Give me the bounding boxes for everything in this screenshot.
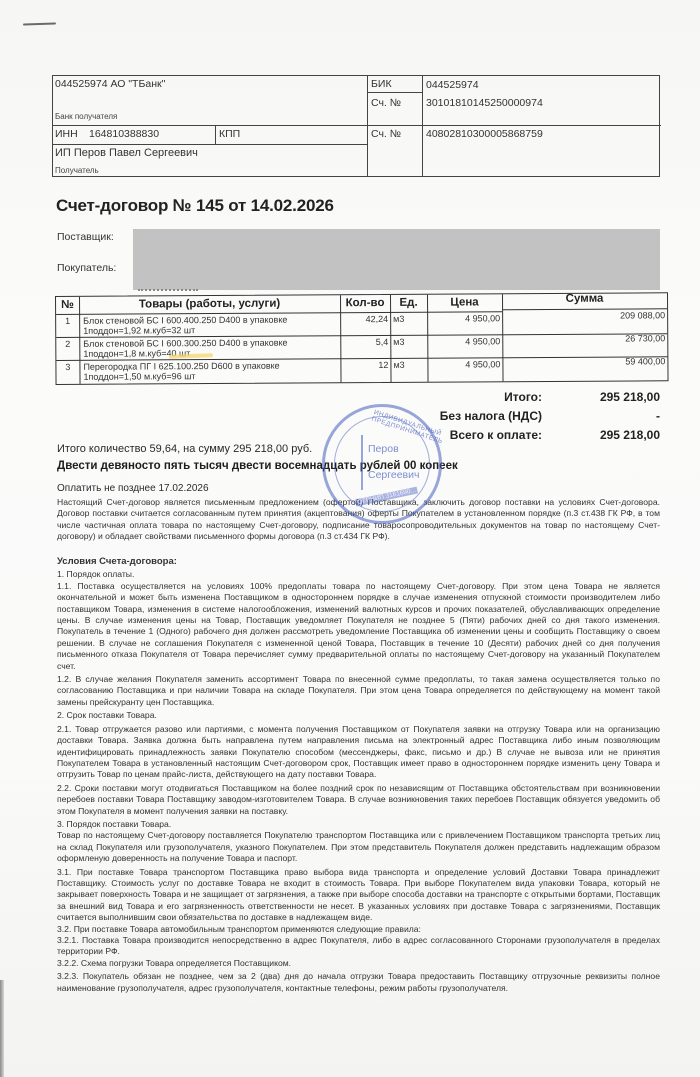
- row-price: 4 950,00: [427, 313, 500, 323]
- subtotal-row: Итого: 295 218,00: [330, 390, 660, 409]
- clause-3-2-2: 3.2.2. Схема погрузки Товара определяетс…: [57, 958, 660, 969]
- inn-label: ИНН: [55, 128, 78, 140]
- conditions-section: Условия Счета-договора: 1. Порядок оплат…: [57, 556, 660, 994]
- section-2-heading: 2. Срок поставки Товара.: [57, 710, 660, 721]
- bik-label: БИК: [371, 78, 392, 90]
- total-value: 295 218,00: [600, 428, 660, 442]
- row-price: 4 950,00: [427, 336, 500, 346]
- corr-account-value: 30101810145250000974: [426, 97, 543, 109]
- section-1-heading: 1. Порядок оплаты.: [57, 569, 660, 580]
- offer-paragraph: Настоящий Счет-договор является письменн…: [57, 497, 660, 543]
- clause-3-intro: Товар по настоящему Счет-договору постав…: [57, 830, 660, 864]
- document-title: Счет-договор № 145 от 14.02.2026: [56, 196, 334, 216]
- recipient-label: Получатель: [55, 166, 99, 175]
- col-header-name: Товары (работы, услуги): [79, 295, 340, 314]
- row-qty: 12: [340, 360, 388, 370]
- bank-name: 044525974 АО "ТБанк": [55, 78, 165, 90]
- buyer-label: Покупатель:: [57, 262, 116, 274]
- supplier-label: Поставщик:: [57, 231, 114, 243]
- row-sum: 26 730,00: [502, 333, 665, 344]
- recipient-name: ИП Перов Павел Сергеевич: [55, 147, 198, 159]
- clause-3-2: 3.2. При поставке Товара автомобильным т…: [57, 924, 660, 935]
- clause-3-2-3: 3.2.3. Покупатель обязан не позднее, чем…: [57, 971, 660, 994]
- pay-by-date: Оплатить не позднее 17.02.2026: [57, 483, 209, 494]
- clause-1-1: 1.1. Поставка осуществляется на условиях…: [57, 581, 660, 672]
- clause-2-1: 2.1. Товар отгружается разово или партия…: [57, 724, 660, 781]
- row-name: Блок стеновой БС I 600.400.250 D400 в уп…: [83, 315, 287, 326]
- row-num: 2: [56, 339, 79, 349]
- col-header-num: №: [56, 297, 79, 314]
- clause-1-2: 1.2. В случае желания Покупателя заменит…: [57, 674, 660, 708]
- row-name: Блок стеновой БС I 600.300.250 D400 в уп…: [83, 338, 287, 349]
- row-num: 1: [56, 316, 79, 326]
- bank-label: Банк получателя: [55, 112, 117, 121]
- col-header-sum: Сумма: [502, 290, 667, 308]
- totals-block: Итого: 295 218,00 Без налога (НДС) - Все…: [330, 390, 660, 447]
- bik-value: 044525974: [426, 79, 479, 91]
- section-3-heading: 3. Порядок поставки Товара.: [57, 819, 660, 830]
- conditions-title: Условия Счета-договора:: [57, 556, 660, 567]
- total-row: Всего к оплате: 295 218,00: [330, 428, 660, 447]
- subtotal-value: 295 218,00: [600, 390, 660, 404]
- row-sum: 209 088,00: [502, 310, 665, 321]
- clause-3-2-1: 3.2.1. Поставка Товара производится непо…: [57, 935, 660, 958]
- row-name-detail: 1поддон=1,50 м.куб=96 шт: [83, 371, 195, 382]
- row-name-detail: 1поддон=1,92 м.куб=32 шт: [83, 325, 195, 336]
- total-label: Всего к оплате:: [450, 428, 542, 442]
- items-table: № Товары (работы, услуги) Кол-во Ед. Цен…: [55, 292, 669, 385]
- account-label: Сч. №: [371, 128, 401, 140]
- row-unit: м3: [393, 337, 404, 347]
- redacted-party-details: [133, 229, 660, 290]
- vat-value: -: [656, 409, 660, 423]
- offer-text: Настоящий Счет-договор является письменн…: [57, 497, 660, 543]
- corr-account-label: Сч. №: [371, 97, 401, 109]
- col-header-price: Цена: [427, 294, 502, 311]
- row-qty: 5,4: [340, 337, 388, 347]
- pen-mark: [23, 22, 56, 25]
- row-unit: м3: [393, 360, 404, 370]
- col-header-qty: Кол-во: [340, 295, 390, 312]
- account-value: 40802810300005868759: [426, 128, 543, 140]
- col-header-unit: Ед.: [390, 295, 427, 312]
- document-page: 044525974 АО "ТБанк" Банк получателя БИК…: [0, 0, 700, 1077]
- row-num: 3: [56, 362, 79, 372]
- row-qty: 42,24: [340, 314, 388, 324]
- page-shadow-edge: [0, 980, 4, 1077]
- quantity-summary: Итого количество 59,64, на сумму 295 218…: [57, 443, 312, 455]
- redaction-trace: [138, 289, 198, 293]
- kpp-label: КПП: [219, 128, 240, 140]
- vat-row: Без налога (НДС) -: [330, 409, 660, 428]
- row-sum: 59 400,00: [502, 356, 665, 367]
- row-unit: м3: [393, 314, 404, 324]
- row-name: Перегородка ПГ I 625.100.250 D600 в упак…: [83, 361, 279, 372]
- row-price: 4 950,00: [427, 359, 500, 369]
- bank-requisites-table: 044525974 АО "ТБанк" Банк получателя БИК…: [52, 75, 660, 177]
- vat-label: Без налога (НДС): [440, 409, 542, 423]
- subtotal-label: Итого:: [504, 390, 542, 404]
- clause-3-1: 3.1. При поставке Товара транспортом Пос…: [57, 867, 660, 924]
- amount-in-words: Двести девяносто пять тысяч двести восем…: [57, 460, 458, 472]
- clause-2-2: 2.2. Сроки поставки могут отодвигаться П…: [57, 783, 660, 817]
- inn-value: 164810388830: [89, 128, 159, 140]
